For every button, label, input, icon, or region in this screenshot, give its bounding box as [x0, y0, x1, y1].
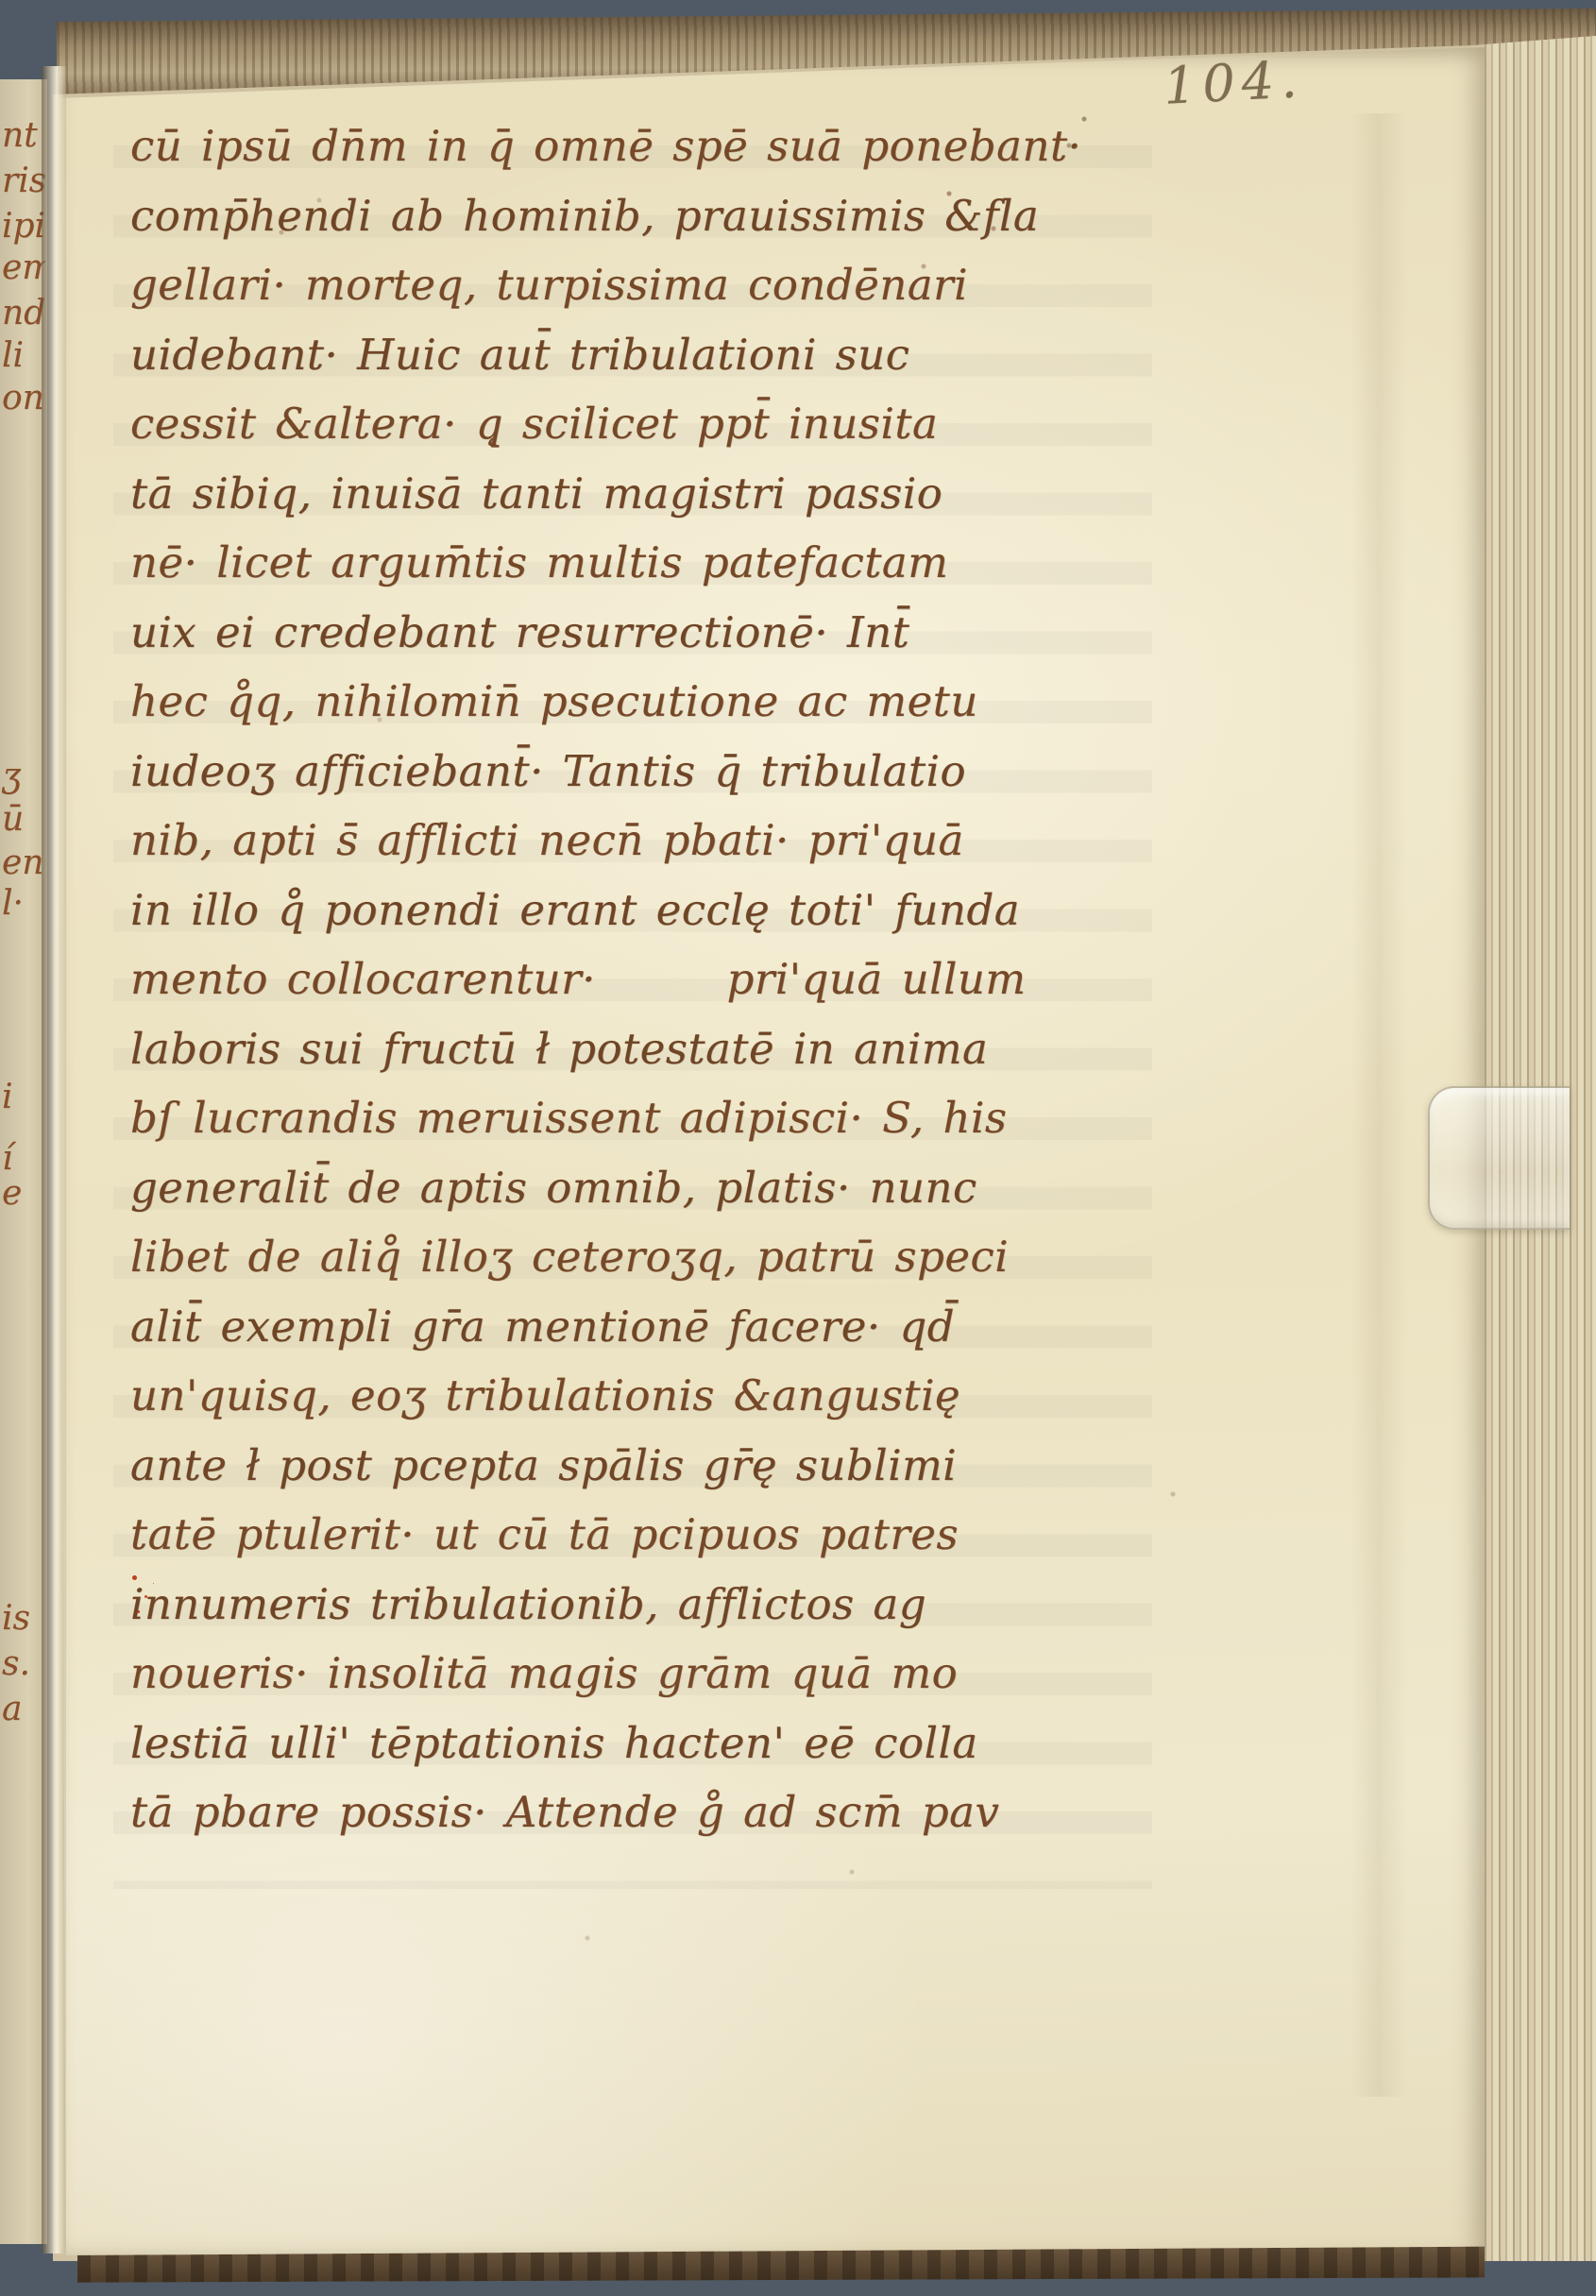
manuscript-line: laboris sui fructū ł potestatē in anima	[130, 1014, 1282, 1084]
manuscript-line: uix ei credebant resurrectionē· Int̄	[130, 598, 1282, 668]
manuscript-line: tatē ptulerit· ut cū tā pcipuos patres	[130, 1500, 1282, 1570]
manuscript-line: un'quisq, eoʒ tribulationis &angustię	[130, 1361, 1282, 1431]
manuscript-line: innumeris tribulationib, afflictos ag	[130, 1570, 1282, 1640]
manuscript-line: tā pbare possis· Attende g̊ ad scm̄ pav	[130, 1777, 1282, 1847]
manuscript-line: uidebant· Huic aut̄ tribulationi suc	[130, 320, 1282, 390]
manuscript-line: nē· licet argum̄tis multis patefactam	[130, 528, 1282, 598]
red-ink-mark	[132, 1575, 137, 1580]
manuscript-line: lestiā ulli' tēptationis hacten' eē coll…	[130, 1709, 1282, 1778]
manuscript-text-block: cū ipsū dn̄m in q̄ omnē spē suā ponebant…	[130, 111, 1282, 1847]
folio-number: 104.	[1162, 49, 1304, 116]
manuscript-line: cessit &altera· q̨ scilicet ppt̄ inusita	[130, 389, 1282, 459]
manuscript-line: generalit̄ de aptis omnib, platis· nunc	[130, 1153, 1282, 1223]
manuscript-line: bſ lucrandis meruissent adipisci· S, his	[130, 1083, 1282, 1153]
manuscript-line: gellari· morteq, turpissima condēnari	[130, 250, 1282, 320]
manuscript-line: nib, apti s̄ afflicti necn̄ pbati· pri'q…	[130, 806, 1282, 876]
manuscript-line: comp̄hendi ab hominib, prauissimis &fla	[130, 181, 1282, 251]
manuscript-line: hec q̊q, nihilomin̄ psecutione ac metu	[130, 667, 1282, 737]
fore-edge-tab	[1428, 1086, 1570, 1230]
manuscript-line: tā sibiq, inuisā tanti magistri passio	[130, 459, 1282, 529]
manuscript-line: ante ł post pcepta spālis gr̄ę sublimi	[130, 1431, 1282, 1501]
manuscript-line: in illo q̊ ponendi erant ecclę toti' fun…	[130, 876, 1282, 945]
manuscript-line: libet de aliq̊ illoʒ ceteroʒq, patrū spe…	[130, 1222, 1282, 1292]
manuscript-line: noueris· insolitā magis grām quā mo	[130, 1639, 1282, 1709]
manuscript-line: cū ipsū dn̄m in q̄ omnē spē suā ponebant…	[130, 111, 1282, 181]
vellum-crease	[1350, 113, 1407, 2097]
manuscript-line: iudeoʒ afficiebant̄· Tantis q̄ tribulati…	[130, 737, 1282, 807]
manuscript-line: mento collocarentur· pri'quā ullum	[130, 944, 1282, 1014]
manuscript-line: alit̄ exempli gr̄a mentionē facere· qd̄	[130, 1292, 1282, 1362]
manuscript-photo: nt ris ipi em ndi li on ʒ ū en l· i í e …	[0, 0, 1596, 2296]
